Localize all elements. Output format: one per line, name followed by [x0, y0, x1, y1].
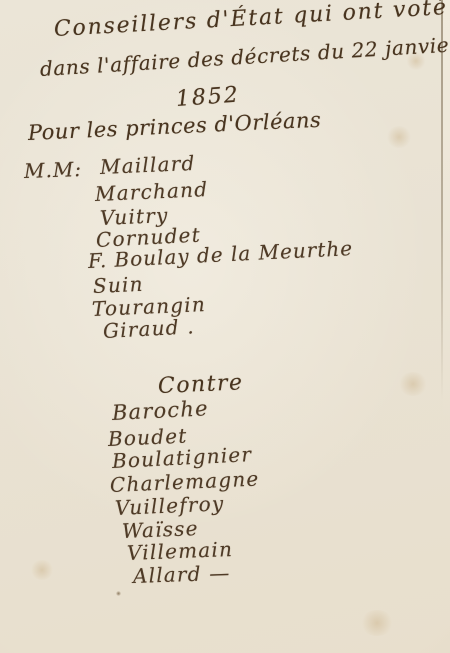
foxing-spot [30, 560, 54, 580]
pour-name: Marchand [95, 178, 209, 205]
page-edge-line [441, 0, 443, 400]
foxing-spot [360, 610, 394, 636]
subtitle-line: Pour les princes d'Orléans [27, 109, 321, 145]
page-edge-sliver [443, 0, 450, 420]
manuscript-photo: Conseillers d'État qui ont voté dans l'a… [0, 0, 450, 653]
list-marker: M.M: [24, 158, 83, 182]
contre-name: Vuillefroy [115, 492, 225, 519]
pour-name: Suin [93, 273, 145, 297]
title-line-3: 1852 [175, 84, 241, 113]
pour-name: Giraud . [102, 315, 195, 342]
foxing-spot [386, 126, 412, 148]
ink-speck [116, 591, 121, 596]
foxing-spot [398, 372, 428, 396]
contre-name: Charlemagne [110, 467, 260, 496]
contre-name: Baroche [111, 397, 209, 425]
title-line-2: dans l'affaire des décrets du 22 janvier [39, 33, 450, 80]
contre-heading: Contre [157, 371, 244, 399]
pour-name: Maillard [100, 152, 196, 178]
contre-name: Allard — [133, 562, 231, 587]
